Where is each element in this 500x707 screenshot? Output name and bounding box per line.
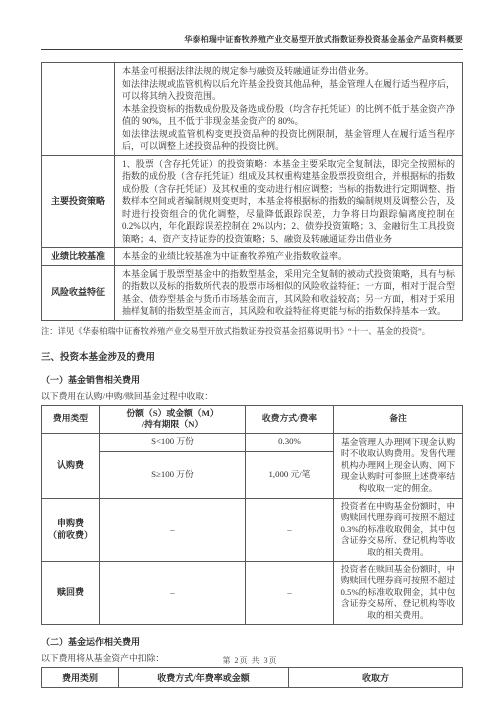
header-fee-type: 费用类型	[42, 405, 100, 433]
row-label-risk-return: 风险收益特征	[42, 265, 115, 320]
redemption-fee-remark: 投资者在赎回基金份额时，申购赎回代理券商可按照不超过0.5%的标准收取佣金，其中…	[334, 561, 463, 624]
purchase-fee-rate: –	[246, 498, 334, 561]
purchase-fee-label: 申购费 （前收费）	[42, 498, 100, 561]
operation-fee-table: 费用类别 收费方式/年费率或金额 收取方	[41, 667, 463, 688]
document-page: 华泰柏瑞中证畜牧养殖产业交易型开放式指数证券投资基金基金产品资料概要 本基金可根…	[0, 0, 500, 707]
risk-return-cell: 本基金属于股票型基金中的指数型基金，采用完全复制的被动式投资策略，具有与标的指数…	[115, 265, 463, 320]
subscription-fee-remark: 基金管理人办理网下现金认购时不收取认购费用。发售代理机构办理网上现金认购、网下现…	[334, 433, 463, 498]
paragraph: 1、股票（含存托凭证）的投资策略：本基金主要采取完全复制法，即完全按照标的指数的…	[122, 158, 455, 246]
subscription-tier1-rate: 0.30%	[246, 433, 334, 451]
table-row: 风险收益特征 本基金属于股票型基金中的指数型基金，采用完全复制的被动式投资策略，…	[42, 265, 463, 320]
row-label-benchmark: 业绩比较基准	[42, 248, 115, 266]
paragraph: 本基金投资标的指数成份股及备选成份股（均含存托凭证）的比例不低于基金资产净值的 …	[122, 103, 455, 128]
strategy-cell: 1、股票（含存托凭证）的投资策略：本基金主要采取完全复制法，即完全按照标的指数的…	[115, 155, 463, 248]
section-title-fees: 三、投资本基金涉及的费用	[41, 349, 463, 363]
table-header-row: 费用类型 份额（S）或金额（M） /持有期限（N） 收费方式/费率 备注	[42, 405, 463, 433]
subscription-tier2-rate: 1,000 元/笔	[246, 451, 334, 498]
purchase-fee-amount: –	[100, 498, 246, 561]
row-label-strategy: 主要投资策略	[42, 155, 115, 248]
header-rate: 收费方式/费率	[246, 405, 334, 433]
redemption-fee-rate: –	[246, 561, 334, 624]
header-remark: 备注	[334, 405, 463, 433]
reference-note: 注：详见《华泰柏瑞中证畜牧养殖产业交易型开放式指数证券投资基金招募说明书》“十一…	[41, 325, 463, 337]
purchase-fee-remark: 投资者在申购基金份额时，申购赎回代理券商可按照不超过0.3%的标准收取佣金，其中…	[334, 498, 463, 561]
redemption-fee-amount: –	[100, 561, 246, 624]
subsection-operation-fees: （二）基金运作相关费用	[41, 635, 463, 648]
sales-fees-intro: 以下费用在认购/申购/赎回基金过程中收取：	[41, 389, 463, 402]
table-row-subscription-tier1: 认购费 S<100 万份 0.30% 基金管理人办理网下现金认购时不收取认购费用…	[42, 433, 463, 451]
purchase-fee-label-line1: 申购费	[45, 518, 96, 530]
table-row: 主要投资策略 1、股票（含存托凭证）的投资策略：本基金主要采取完全复制法，即完全…	[42, 155, 463, 248]
subscription-tier1-amount: S<100 万份	[100, 433, 246, 451]
paragraph: 本基金可根据法律法规的规定参与融资及转融通证券出借业务。	[122, 65, 455, 78]
investment-scope-cell: 本基金可根据法律法规的规定参与融资及转融通证券出借业务。 如法律法规或监管机构以…	[115, 63, 463, 156]
row-label-empty	[42, 63, 115, 156]
table-row-redemption: 赎回费 – – 投资者在赎回基金份额时，申购赎回代理券商可按照不超过0.5%的标…	[42, 561, 463, 624]
document-header-title: 华泰柏瑞中证畜牧养殖产业交易型开放式指数证券投资基金基金产品资料概要	[41, 34, 463, 50]
header-amount: 份额（S）或金额（M） /持有期限（N）	[100, 405, 246, 433]
paragraph: 本基金属于股票型基金中的指数型基金，采用完全复制的被动式投资策略，具有与标的指数…	[122, 268, 455, 318]
header-amount-line1: 份额（S）或金额（M）	[103, 408, 242, 420]
paragraph: 本基金的业绩比较基准为中证畜牧养殖产业指数收益率。	[122, 250, 455, 263]
fund-info-table: 本基金可根据法律法规的规定参与融资及转融通证券出借业务。 如法律法规或监管机构以…	[41, 62, 463, 321]
sales-fee-table: 费用类型 份额（S）或金额（M） /持有期限（N） 收费方式/费率 备注 认购费…	[41, 405, 463, 625]
subsection-sales-fees: （一）基金销售相关费用	[41, 373, 463, 386]
page-number: 第 2页 共 3页	[0, 655, 500, 666]
header-amount-line2: /持有期限（N）	[103, 419, 242, 431]
redemption-fee-label: 赎回费	[42, 561, 100, 624]
table-row: 本基金可根据法律法规的规定参与融资及转融通证券出借业务。 如法律法规或监管机构以…	[42, 63, 463, 156]
benchmark-cell: 本基金的业绩比较基准为中证畜牧养殖产业指数收益率。	[115, 248, 463, 266]
header-charge-method: 收费方式/年费率或金额	[119, 667, 289, 687]
header-fee-category: 费用类别	[42, 667, 119, 687]
table-header-row: 费用类别 收费方式/年费率或金额 收取方	[42, 667, 463, 687]
table-row-purchase: 申购费 （前收费） – – 投资者在申购基金份额时，申购赎回代理券商可按照不超过…	[42, 498, 463, 561]
header-receiver: 收取方	[289, 667, 463, 687]
purchase-fee-label-line2: （前收费）	[45, 530, 96, 542]
subscription-tier2-amount: S≥100 万份	[100, 451, 246, 498]
subscription-fee-label: 认购费	[42, 433, 100, 498]
paragraph: 如法律法规或监管机构以后允许基金投资其他品种，基金管理人在履行适当程序后，可以将…	[122, 78, 455, 103]
table-row: 业绩比较基准 本基金的业绩比较基准为中证畜牧养殖产业指数收益率。	[42, 248, 463, 266]
paragraph: 如法律法规或监管机构变更投资品种的投资比例限制，基金管理人在履行适当程序后，可以…	[122, 128, 455, 153]
